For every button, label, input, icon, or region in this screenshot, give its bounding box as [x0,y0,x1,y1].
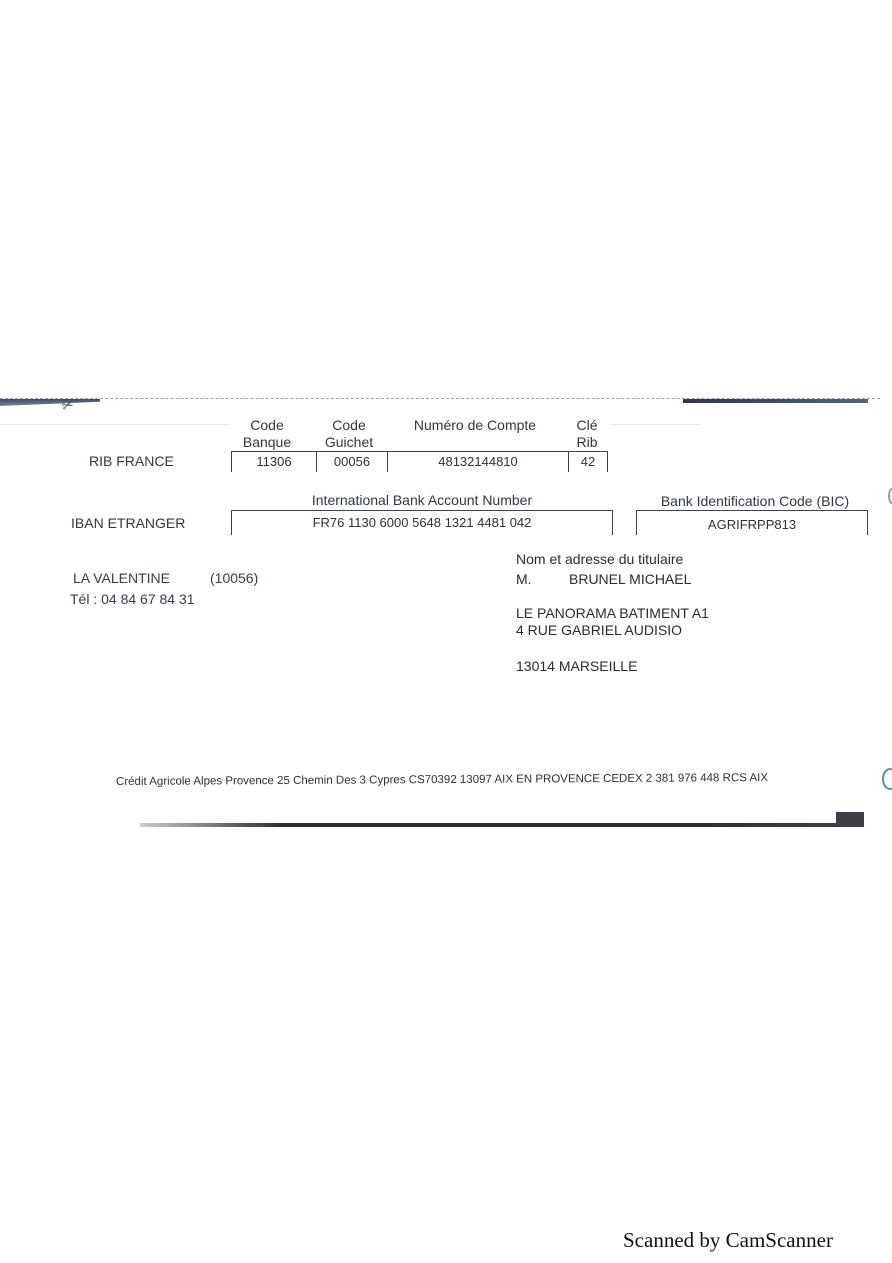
camscanner-watermark: Scanned by CamScanner [623,1228,833,1253]
agency-code: (10056) [210,570,258,586]
header-line: Code [318,417,380,434]
header-numero-compte: Numéro de Compte [400,417,550,434]
bic-header: Bank Identification Code (BIC) [644,493,866,510]
header-line: Guichet [318,434,380,451]
scan-edge-shadow [0,399,100,406]
iban-header: International Bank Account Number [232,492,612,509]
scan-edge-logo [882,768,892,790]
holder-address-line1: LE PANORAMA BATIMENT A1 [516,605,709,621]
iban-etranger-label: IBAN ETRANGER [71,515,185,531]
agency-phone: Tél : 04 84 67 84 31 [70,591,195,607]
header-code-banque: Code Banque [236,417,298,451]
agency-name: LA VALENTINE [73,570,170,586]
cle-rib-value[interactable]: 42 [568,451,608,472]
scan-edge-shadow [836,812,864,827]
holder-name: BRUNEL MICHAEL [569,571,691,587]
scan-edge-shadow [140,823,840,827]
header-line: Banque [236,434,298,451]
divider [610,424,700,425]
holder-heading: Nom et adresse du titulaire [516,551,683,567]
holder-city: 13014 MARSEILLE [516,658,637,674]
divider [0,424,230,425]
header-line: Code [236,417,298,434]
rib-france-label: RIB FRANCE [89,453,174,469]
holder-address-line2: 4 RUE GABRIEL AUDISIO [516,622,682,638]
bic-value[interactable]: AGRIFRPP813 [636,510,868,535]
holder-title: M. [516,571,532,587]
iban-value[interactable]: FR76 1130 6000 5648 1321 4481 042 [231,510,613,535]
header-line: Clé [570,417,604,434]
header-code-guichet: Code Guichet [318,417,380,451]
header-line: Rib [570,434,604,451]
scan-edge-shadow [683,399,868,403]
numero-compte-value[interactable]: 48132144810 [387,451,568,472]
code-banque-value[interactable]: 11306 [231,451,316,472]
bank-footer-info: Crédit Agricole Alpes Provence 25 Chemin… [116,772,768,788]
header-cle-rib: Clé Rib [570,417,604,451]
scan-edge-mark [888,488,892,504]
code-guichet-value[interactable]: 00056 [316,451,387,472]
rib-values-row: 11306 00056 48132144810 42 [231,451,608,472]
